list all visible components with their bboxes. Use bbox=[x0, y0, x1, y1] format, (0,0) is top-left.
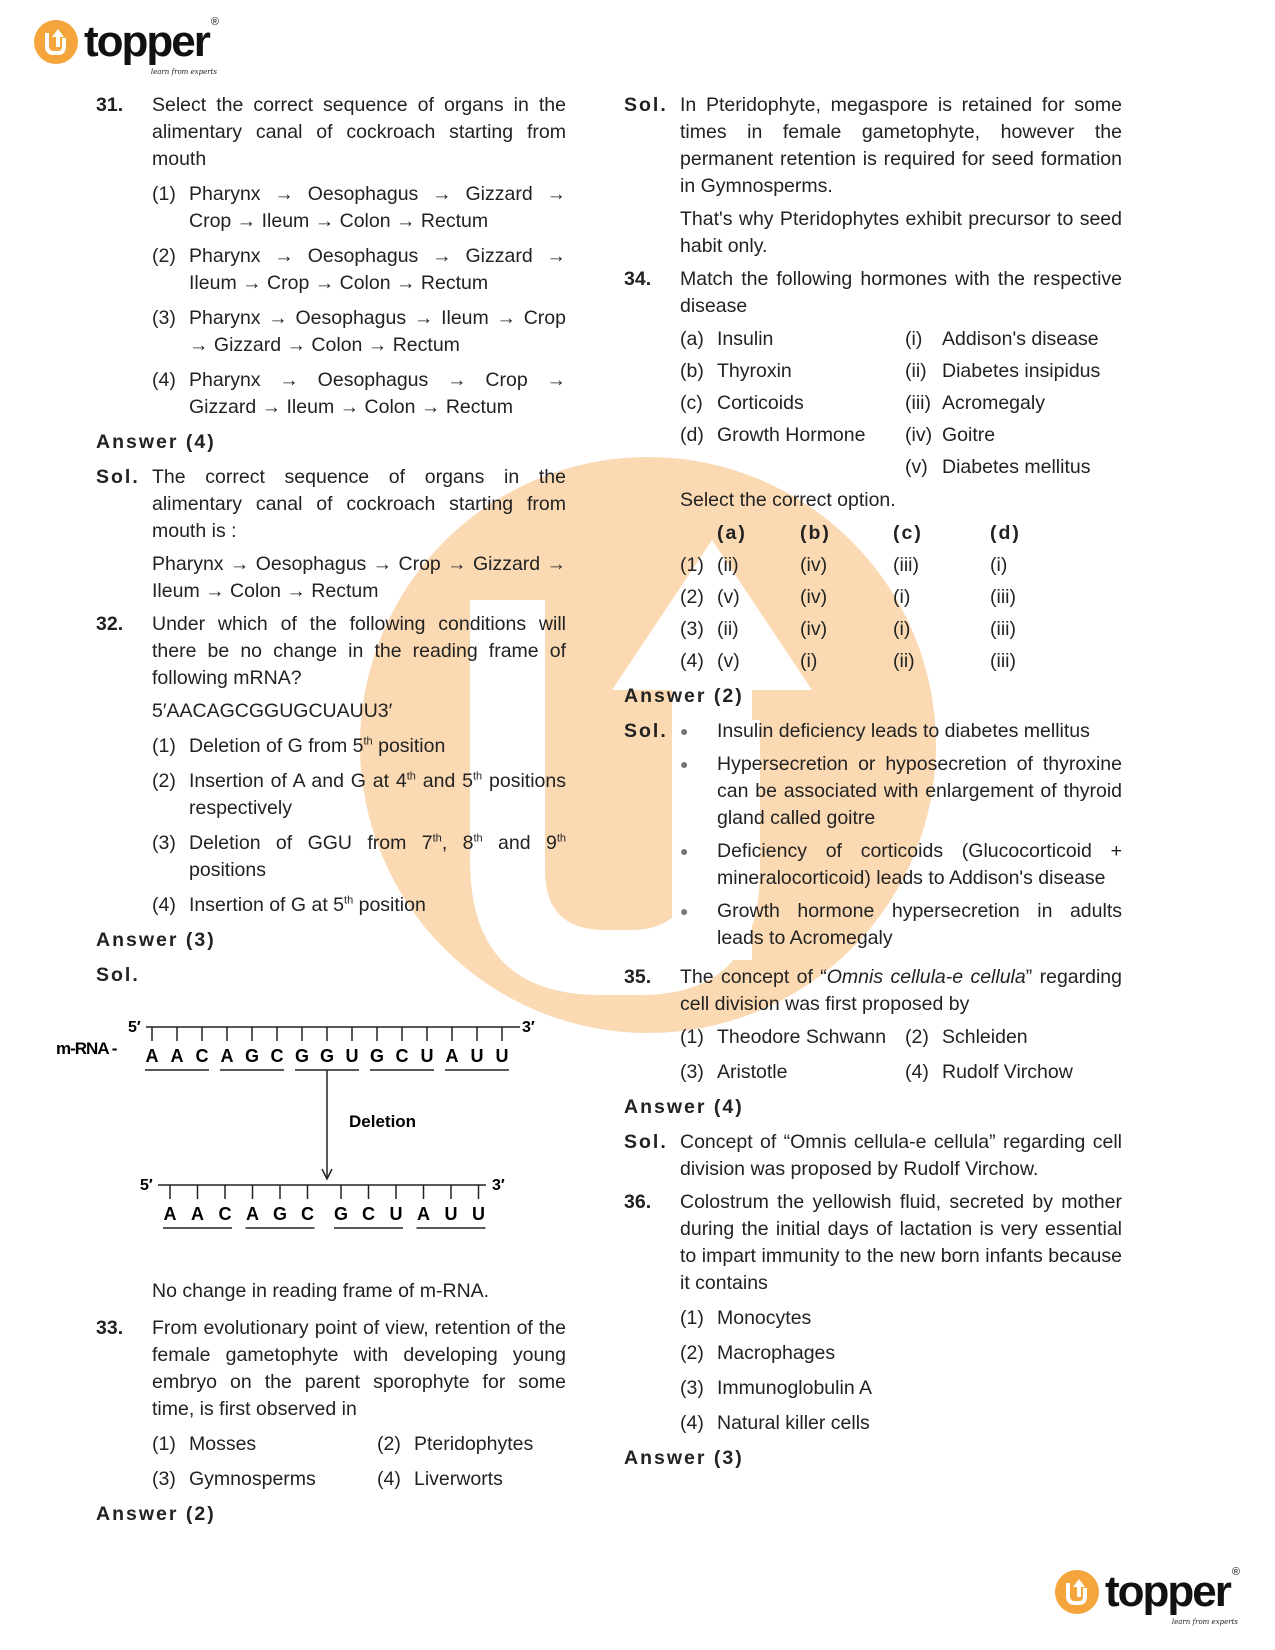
option-3: (3)Pharynx → Oesophagus → Ileum → Crop →… bbox=[152, 305, 566, 359]
table-cell: (3) bbox=[680, 616, 717, 643]
question-text: Under which of the following conditions … bbox=[152, 611, 566, 692]
question-text: The concept of “Omnis cellula-e cellula”… bbox=[680, 964, 1122, 1018]
option-1: (1)Mosses bbox=[152, 1431, 377, 1458]
svg-text:U: U bbox=[445, 1204, 458, 1224]
option-4: (4)Liverworts bbox=[377, 1466, 503, 1493]
svg-text:3′: 3′ bbox=[522, 1019, 535, 1036]
table-cell: (1) bbox=[680, 552, 717, 579]
mrna-deletion-diagram: 5′3′m-RNA -AACAGCGGUGCUAUUDeletion5′3′AA… bbox=[40, 1007, 566, 1272]
svg-text:U: U bbox=[390, 1204, 403, 1224]
brand-logo-bottom: topper ® learn from experts bbox=[1055, 1570, 1240, 1614]
solution-bullets: ●Insulin deficiency leads to diabetes me… bbox=[680, 718, 1122, 958]
option-2: (2)Schleiden bbox=[905, 1024, 1028, 1051]
table-header: (c) bbox=[893, 520, 990, 547]
question-number: 36. bbox=[624, 1189, 680, 1437]
svg-text:m-RNA -: m-RNA - bbox=[56, 1039, 117, 1058]
svg-text:U: U bbox=[472, 1204, 485, 1224]
question-number: 32. bbox=[96, 611, 152, 919]
table-cell: (ii) bbox=[717, 616, 800, 643]
table-cell: (i) bbox=[893, 584, 990, 611]
svg-text:A: A bbox=[164, 1204, 177, 1224]
table-cell: (iii) bbox=[990, 616, 1050, 643]
option-4: (4)Rudolf Virchow bbox=[905, 1059, 1073, 1086]
svg-text:A: A bbox=[191, 1204, 204, 1224]
svg-text:A: A bbox=[221, 1046, 234, 1066]
table-cell: (i) bbox=[893, 616, 990, 643]
bullet-icon: ● bbox=[680, 838, 717, 892]
topper-badge-icon bbox=[34, 20, 78, 64]
svg-text:U: U bbox=[471, 1046, 484, 1066]
svg-text:3′: 3′ bbox=[492, 1177, 505, 1194]
table-cell: (v) bbox=[717, 584, 800, 611]
mrna-sequence: 5′AACAGCGGUGCUAUU3′ bbox=[152, 698, 566, 725]
table-cell: (i) bbox=[990, 552, 1050, 579]
answer-33: Answer (2) bbox=[96, 1501, 566, 1528]
solution-33: Sol. In Pteridophyte, megaspore is retai… bbox=[624, 92, 1122, 260]
svg-text:G: G bbox=[295, 1046, 309, 1066]
registered-mark: ® bbox=[211, 16, 219, 28]
svg-text:C: C bbox=[271, 1046, 284, 1066]
question-31: 31. Select the correct sequence of organ… bbox=[96, 92, 566, 421]
solution-bullet: ●Growth hormone hypersecretion in adults… bbox=[680, 898, 1122, 952]
option-1: (1)Deletion of G from 5th position bbox=[152, 733, 566, 760]
question-35: 35. The concept of “Omnis cellula-e cell… bbox=[624, 964, 1122, 1086]
option-2: (2)Pteridophytes bbox=[377, 1431, 533, 1458]
left-column: 31. Select the correct sequence of organ… bbox=[96, 92, 566, 1536]
brand-tagline: learn from experts bbox=[151, 68, 217, 76]
solution-32-label: Sol. bbox=[96, 962, 152, 989]
question-text: From evolutionary point of view, retenti… bbox=[152, 1315, 566, 1423]
table-cell: (4) bbox=[680, 648, 717, 675]
solution-31: Sol. The correct sequence of organs in t… bbox=[96, 464, 566, 605]
svg-text:A: A bbox=[417, 1204, 430, 1224]
question-number: 34. bbox=[624, 266, 680, 675]
table-cell: (iv) bbox=[800, 552, 893, 579]
registered-mark: ® bbox=[1232, 1566, 1240, 1578]
svg-text:5′: 5′ bbox=[128, 1019, 141, 1036]
question-36: 36. Colostrum the yellowish fluid, secre… bbox=[624, 1189, 1122, 1437]
svg-text:C: C bbox=[196, 1046, 209, 1066]
bullet-icon: ● bbox=[680, 751, 717, 832]
option-4: (4)Natural killer cells bbox=[680, 1410, 1122, 1437]
svg-text:G: G bbox=[273, 1204, 287, 1224]
table-cell: (v) bbox=[717, 648, 800, 675]
svg-text:U: U bbox=[346, 1046, 359, 1066]
solution-bullet: ●Hypersecretion or hyposecretion of thyr… bbox=[680, 751, 1122, 832]
question-text: Match the following hormones with the re… bbox=[680, 266, 1122, 320]
table-cell: (i) bbox=[800, 648, 893, 675]
answer-35: Answer (4) bbox=[624, 1094, 1122, 1121]
option-2: (2)Insertion of A and G at 4th and 5th p… bbox=[152, 768, 566, 822]
question-text: Colostrum the yellowish fluid, secreted … bbox=[680, 1189, 1122, 1297]
table-header bbox=[680, 520, 717, 547]
option-3: (3)Gymnosperms bbox=[152, 1466, 377, 1493]
option-3: (3)Immunoglobulin A bbox=[680, 1375, 1122, 1402]
option-4: (4)Pharynx → Oesophagus → Crop → Gizzard… bbox=[152, 367, 566, 421]
table-cell: (ii) bbox=[717, 552, 800, 579]
svg-text:Deletion: Deletion bbox=[349, 1112, 416, 1131]
svg-text:G: G bbox=[245, 1046, 259, 1066]
svg-text:C: C bbox=[219, 1204, 232, 1224]
brand-name: topper bbox=[1105, 1570, 1230, 1614]
svg-text:U: U bbox=[496, 1046, 509, 1066]
question-33: 33. From evolutionary point of view, ret… bbox=[96, 1315, 566, 1493]
bullet-icon: ● bbox=[680, 898, 717, 952]
svg-text:U: U bbox=[421, 1046, 434, 1066]
question-number: 31. bbox=[96, 92, 152, 421]
option-3: (3)Aristotle bbox=[680, 1059, 905, 1086]
solution-35: Sol. Concept of “Omnis cellula-e cellula… bbox=[624, 1129, 1122, 1183]
answer-31: Answer (4) bbox=[96, 429, 566, 456]
svg-text:A: A bbox=[146, 1046, 159, 1066]
topper-badge-icon bbox=[1055, 1570, 1099, 1614]
svg-text:A: A bbox=[446, 1046, 459, 1066]
option-4: (4)Insertion of G at 5th position bbox=[152, 892, 566, 919]
solution-bullet: ●Deficiency of corticoids (Glucocorticoi… bbox=[680, 838, 1122, 892]
table-cell: (iii) bbox=[990, 648, 1050, 675]
table-cell: (ii) bbox=[893, 648, 990, 675]
option-3: (3)Deletion of GGU from 7th, 8th and 9th… bbox=[152, 830, 566, 884]
svg-text:G: G bbox=[370, 1046, 384, 1066]
option-1: (1)Monocytes bbox=[680, 1305, 1122, 1332]
svg-text:A: A bbox=[171, 1046, 184, 1066]
brand-tagline: learn from experts bbox=[1172, 1618, 1238, 1626]
options-table: (a)(b)(c)(d)(1)(ii)(iv)(iii)(i)(2)(v)(iv… bbox=[680, 520, 1122, 675]
answer-32: Answer (3) bbox=[96, 927, 566, 954]
question-34: 34. Match the following hormones with th… bbox=[624, 266, 1122, 675]
svg-text:C: C bbox=[362, 1204, 375, 1224]
brand-name: topper bbox=[84, 20, 209, 64]
svg-text:C: C bbox=[396, 1046, 409, 1066]
table-header: (d) bbox=[990, 520, 1050, 547]
solution-32-conclusion: No change in reading frame of m-RNA. bbox=[152, 1278, 566, 1305]
right-column: Sol. In Pteridophyte, megaspore is retai… bbox=[624, 92, 1122, 1480]
svg-text:A: A bbox=[246, 1204, 259, 1224]
answer-34: Answer (2) bbox=[624, 683, 1122, 710]
select-option-text: Select the correct option. bbox=[680, 487, 1122, 514]
question-number: 35. bbox=[624, 964, 680, 1086]
option-2: (2)Pharynx → Oesophagus → Gizzard → Ileu… bbox=[152, 243, 566, 297]
question-32: 32. Under which of the following conditi… bbox=[96, 611, 566, 919]
table-cell: (2) bbox=[680, 584, 717, 611]
option-1: (1)Pharynx → Oesophagus → Gizzard → Crop… bbox=[152, 181, 566, 235]
option-2: (2)Macrophages bbox=[680, 1340, 1122, 1367]
brand-logo-top: topper ® learn from experts bbox=[34, 20, 219, 64]
table-cell: (iv) bbox=[800, 616, 893, 643]
table-cell: (iii) bbox=[990, 584, 1050, 611]
bullet-icon: ● bbox=[680, 718, 717, 745]
svg-text:G: G bbox=[320, 1046, 334, 1066]
match-columns: (a)Insulin (i)Addison's disease (b)Thyro… bbox=[680, 326, 1122, 481]
question-text: Select the correct sequence of organs in… bbox=[152, 92, 566, 173]
svg-text:C: C bbox=[301, 1204, 314, 1224]
svg-text:5′: 5′ bbox=[140, 1177, 153, 1194]
option-1: (1)Theodore Schwann bbox=[680, 1024, 905, 1051]
solution-34: Sol. ●Insulin deficiency leads to diabet… bbox=[624, 718, 1122, 958]
svg-text:G: G bbox=[334, 1204, 348, 1224]
table-header: (a) bbox=[717, 520, 800, 547]
table-header: (b) bbox=[800, 520, 893, 547]
solution-bullet: ●Insulin deficiency leads to diabetes me… bbox=[680, 718, 1122, 745]
table-cell: (iv) bbox=[800, 584, 893, 611]
question-number: 33. bbox=[96, 1315, 152, 1493]
table-cell: (iii) bbox=[893, 552, 990, 579]
answer-36: Answer (3) bbox=[624, 1445, 1122, 1472]
